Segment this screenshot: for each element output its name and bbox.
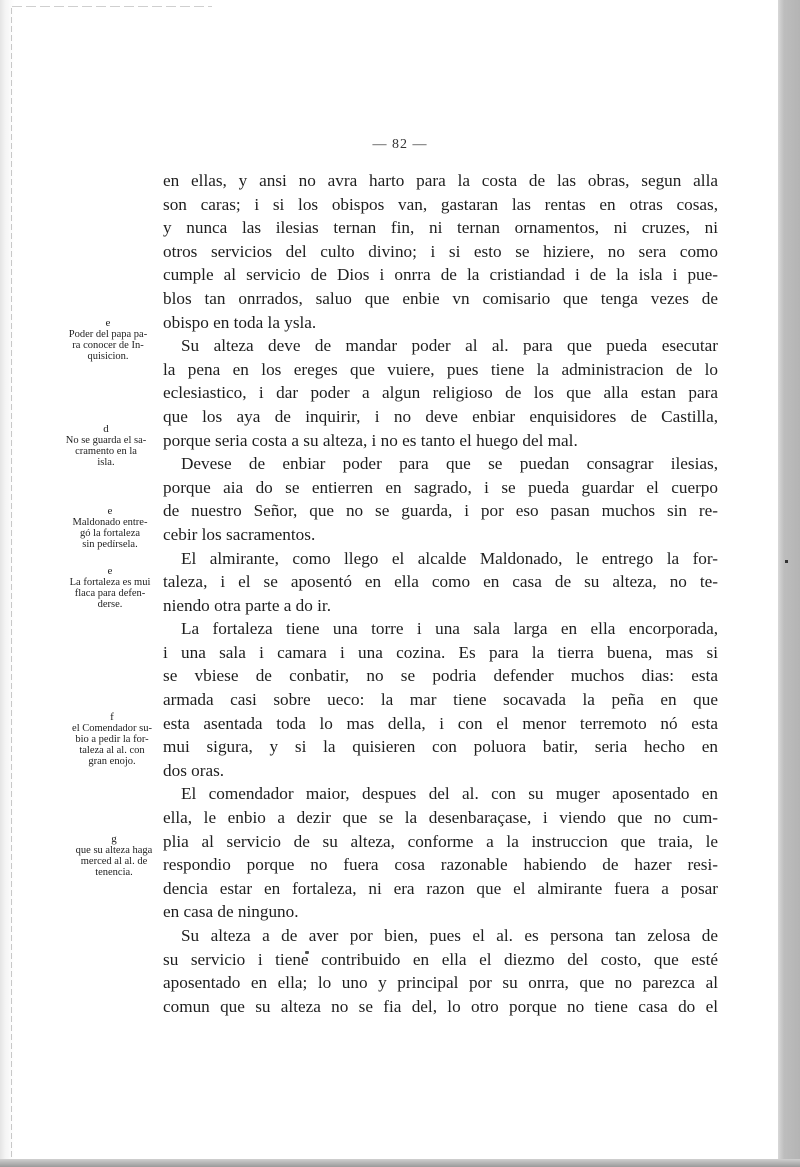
text-line: en casa de ninguno. [163, 900, 718, 924]
marginal-note-line: taleza al al. con [64, 745, 160, 756]
marginal-note-letter: e [62, 566, 158, 577]
marginal-note-line: tenencia. [66, 867, 162, 878]
marginal-note-letter: e [60, 318, 156, 329]
paragraph-4: La fortaleza tiene una torre i una sala … [163, 617, 718, 782]
text-line: cebir los sacramentos. [163, 523, 718, 547]
text-line: cumple al servicio de Dios i onrra de la… [163, 263, 718, 287]
paragraph-0: en ellas, y ansi no avra harto para la c… [163, 169, 718, 334]
text-line: armada casi sobre ueco: la mar tiene soc… [163, 688, 718, 712]
paragraph-3: El almirante, como llego el alcalde Mald… [163, 547, 718, 618]
text-line: su servicio i tiene contribuido en ella … [163, 948, 718, 972]
marginal-note-letter: e [62, 506, 158, 517]
body-text: en ellas, y ansi no avra harto para la c… [163, 169, 718, 1018]
marginal-note-e-fortaleza: e La fortaleza es mui flaca para defen- … [62, 566, 158, 610]
marginal-note-letter: g [66, 834, 162, 845]
paragraph-1: Su alteza deve de mandar poder al al. pa… [163, 334, 718, 452]
scan-top-rule [12, 6, 212, 7]
marginal-note-e-papa: e Poder del papa pa- ra conocer de In- q… [60, 318, 156, 362]
marginal-note-letter: f [64, 712, 160, 723]
marginal-note-line: gó la fortaleza [62, 528, 158, 539]
scan-left-rule [11, 8, 12, 1158]
marginal-note-line: quisicion. [60, 351, 156, 362]
text-line: otros servicios del culto divino; i si e… [163, 240, 718, 264]
text-line: obispo en toda la ysla. [163, 311, 718, 335]
text-line: Devese de enbiar poder para que se pueda… [163, 452, 718, 476]
marginal-note-line: isla. [58, 457, 154, 468]
text-line: La fortaleza tiene una torre i una sala … [163, 617, 718, 641]
marginal-note-line: cramento en la [58, 446, 154, 457]
marginal-note-d-sacramento: d No se guarda el sa- cramento en la isl… [58, 424, 154, 468]
paragraph-2: Devese de enbiar poder para que se pueda… [163, 452, 718, 546]
text-line: comun que su alteza no se fia del, lo ot… [163, 995, 718, 1019]
text-line: y nunca las ilesias ternan fin, ni terna… [163, 216, 718, 240]
marginal-note-line: que su alteza haga [66, 845, 162, 856]
marginal-note-line: gran enojo. [64, 756, 160, 767]
scan-right-edge [778, 0, 800, 1167]
text-line: esta asentada toda lo mas della, i con e… [163, 712, 718, 736]
marginal-note-line: sin pedírsela. [62, 539, 158, 550]
text-line: El almirante, como llego el alcalde Mald… [163, 547, 718, 571]
page-number: — 82 — [0, 137, 800, 153]
text-line: de nuestro Señor, que no se guarda, i po… [163, 499, 718, 523]
text-line: plia al servicio de su alteza, conforme … [163, 830, 718, 854]
text-line: dos oras. [163, 759, 718, 783]
text-line: la pena en los ereges que vuiere, pues t… [163, 358, 718, 382]
text-line: Su alteza a de aver por bien, pues el al… [163, 924, 718, 948]
text-line: aposentado en ella; lo uno y principal p… [163, 971, 718, 995]
text-line: son caras; i si los obispos van, gastara… [163, 193, 718, 217]
text-line: blos tan onrrados, saluo que enbie vn co… [163, 287, 718, 311]
text-line: en ellas, y ansi no avra harto para la c… [163, 169, 718, 193]
marginal-note-line: Maldonado entre- [62, 517, 158, 528]
text-line: porque aia do se entierren en sagrado, i… [163, 476, 718, 500]
text-line: eclesiastico, i dar poder a algun religi… [163, 381, 718, 405]
text-line: niendo otra parte a do ir. [163, 594, 718, 618]
paragraph-6: Su alteza a de aver por bien, pues el al… [163, 924, 718, 1018]
marginal-note-g-tenencia: g que su alteza haga merced al al. de te… [66, 834, 162, 878]
scan-speck [785, 560, 788, 563]
scan-bottom-edge [0, 1159, 800, 1167]
marginal-note-line: flaca para defen- [62, 588, 158, 599]
marginal-note-line: La fortaleza es mui [62, 577, 158, 588]
text-line: Su alteza deve de mandar poder al al. pa… [163, 334, 718, 358]
text-line: taleza, i el se aposentó en ella como en… [163, 570, 718, 594]
marginal-note-line: bio a pedir la for- [64, 734, 160, 745]
marginal-note-line: Poder del papa pa- [60, 329, 156, 340]
text-line: respondio porque no fuera cosa razonable… [163, 853, 718, 877]
text-line: ella, le enbio a dezir que se la desenba… [163, 806, 718, 830]
marginal-note-f-comendador: f el Comendador su- bio a pedir la for- … [64, 712, 160, 767]
text-line: El comendador maior, despues del al. con… [163, 782, 718, 806]
paragraph-5: El comendador maior, despues del al. con… [163, 782, 718, 924]
text-line: i una sala i camara i una cozina. Es par… [163, 641, 718, 665]
marginal-note-line: ra conocer de In- [60, 340, 156, 351]
marginal-note-line: derse. [62, 599, 158, 610]
marginal-note-e-maldonado: e Maldonado entre- gó la fortaleza sin p… [62, 506, 158, 550]
marginal-note-letter: d [58, 424, 154, 435]
text-line: se vbiese de conbatir, no se podria defe… [163, 664, 718, 688]
marginal-note-line: el Comendador su- [64, 723, 160, 734]
text-line: dencia estar en fortaleza, ni era razon … [163, 877, 718, 901]
text-line: que los aya de inquirir, i no deve enbia… [163, 405, 718, 429]
text-line: porque seria costa a su alteza, i no es … [163, 429, 718, 453]
marginal-note-line: merced al al. de [66, 856, 162, 867]
text-line: mui sigura, y si la quisieren con poluor… [163, 735, 718, 759]
marginal-note-line: No se guarda el sa- [58, 435, 154, 446]
